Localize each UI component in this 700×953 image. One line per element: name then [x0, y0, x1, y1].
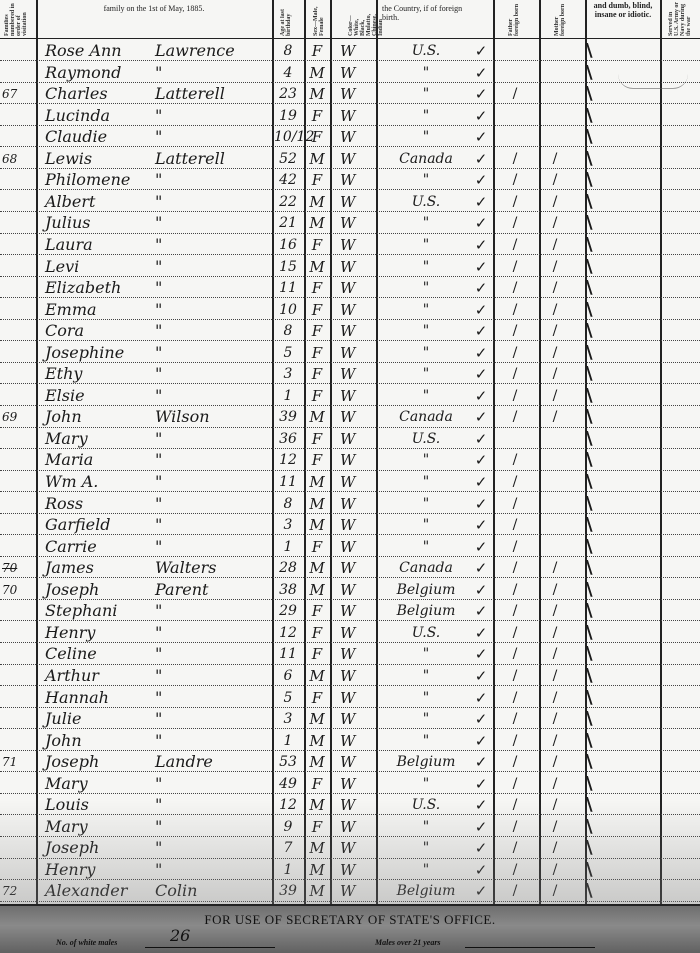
person-name: Louis": [45, 794, 270, 814]
surname: ": [155, 299, 162, 321]
given-name: Joseph: [45, 751, 155, 773]
sex: M: [304, 191, 330, 211]
given-name: Philomene: [45, 169, 155, 191]
family-number: [2, 837, 36, 857]
family-number: [2, 234, 36, 254]
check-mark: ✓: [472, 751, 490, 771]
disability-tick-icon: \: [586, 148, 616, 168]
person-name: Wm A.": [45, 471, 270, 491]
mother-foreign: /: [540, 643, 570, 663]
sex: M: [304, 665, 330, 685]
table-row: John"1MW"✓//\: [0, 730, 700, 751]
mother-foreign: [540, 471, 570, 491]
sex: F: [304, 536, 330, 556]
age: 39: [274, 406, 302, 426]
sex: M: [304, 579, 330, 599]
given-name: Elizabeth: [45, 277, 155, 299]
table-row: Mary"36FWU.S.✓\: [0, 428, 700, 449]
birthplace: ": [378, 730, 474, 750]
table-row: Ross"8MW"✓/\: [0, 493, 700, 514]
family-number: [2, 665, 36, 685]
table-row: Rose AnnLawrence8FWU.S.✓\: [0, 40, 700, 61]
person-name: Maria": [45, 449, 270, 469]
table-row: Garfield"3MW"✓/\: [0, 514, 700, 535]
disability-tick-icon: \: [586, 363, 616, 383]
age: 5: [274, 687, 302, 707]
given-name: Cora: [45, 320, 155, 342]
mother-foreign: [540, 493, 570, 513]
father-foreign: /: [500, 471, 530, 491]
father-foreign: /: [500, 342, 530, 362]
father-foreign: [500, 126, 530, 146]
family-number: [2, 342, 36, 362]
given-name: Rose Ann: [45, 40, 155, 62]
check-mark: ✓: [472, 62, 490, 82]
color: W: [334, 62, 380, 82]
mother-foreign: /: [540, 837, 570, 857]
given-name: Ethy: [45, 363, 155, 385]
sex: M: [304, 514, 330, 534]
table-row: Ethy"3FW"✓//\: [0, 363, 700, 384]
disability-tick-icon: \: [586, 299, 616, 319]
mother-foreign: /: [540, 579, 570, 599]
sex: M: [304, 148, 330, 168]
table-row: JosephLandre7153MWBelgium✓//\: [0, 751, 700, 772]
disability-tick-icon: \: [586, 730, 616, 750]
color: W: [334, 622, 380, 642]
disability-tick-icon: \: [586, 665, 616, 685]
surname: ": [155, 191, 162, 213]
birthplace: ": [378, 62, 474, 82]
mother-foreign: /: [540, 880, 570, 900]
birthplace: U.S.: [378, 428, 474, 448]
color: W: [334, 320, 380, 340]
age: 22: [274, 191, 302, 211]
check-mark: ✓: [472, 148, 490, 168]
check-mark: ✓: [472, 859, 490, 879]
person-name: JohnWilson: [45, 406, 270, 426]
age: 7: [274, 837, 302, 857]
color: W: [334, 536, 380, 556]
sex: F: [304, 320, 330, 340]
father-foreign: /: [500, 557, 530, 577]
father-foreign: /: [500, 299, 530, 319]
birthplace: ": [378, 514, 474, 534]
color: W: [334, 859, 380, 879]
family-number: [2, 600, 36, 620]
birthplace: ": [378, 449, 474, 469]
table-row: Levi"15MW"✓//\: [0, 256, 700, 277]
check-mark: ✓: [472, 579, 490, 599]
header-birthplace: the Country, if of foreign birth.: [382, 4, 474, 42]
mother-foreign: /: [540, 299, 570, 319]
birthplace: ": [378, 708, 474, 728]
color: W: [334, 449, 380, 469]
family-number: [2, 449, 36, 469]
white-males-value: 26: [170, 926, 190, 945]
person-name: Hannah": [45, 687, 270, 707]
surname: Latterell: [155, 148, 225, 170]
age: 21: [274, 212, 302, 232]
father-foreign: /: [500, 687, 530, 707]
age: 12: [274, 449, 302, 469]
check-mark: ✓: [472, 493, 490, 513]
surname: ": [155, 449, 162, 471]
table-row: Wm A."11MW"✓/\: [0, 471, 700, 492]
father-foreign: /: [500, 773, 530, 793]
mother-foreign: /: [540, 773, 570, 793]
surname: ": [155, 794, 162, 816]
check-mark: ✓: [472, 514, 490, 534]
disability-tick-icon: \: [586, 687, 616, 707]
surname: ": [155, 708, 162, 730]
birthplace: ": [378, 665, 474, 685]
table-row: Maria"12FW"✓/\: [0, 449, 700, 470]
age: 38: [274, 579, 302, 599]
person-name: Josephine": [45, 342, 270, 362]
birthplace: Belgium: [378, 600, 474, 620]
surname: ": [155, 730, 162, 752]
person-name: Carrie": [45, 536, 270, 556]
person-name: Joseph": [45, 837, 270, 857]
table-row: Louis"12MWU.S.✓//\: [0, 794, 700, 815]
disability-tick-icon: \: [586, 751, 616, 771]
father-foreign: /: [500, 880, 530, 900]
father-foreign: /: [500, 256, 530, 276]
family-number: [2, 514, 36, 534]
father-foreign: /: [500, 148, 530, 168]
sex: M: [304, 493, 330, 513]
sex: M: [304, 212, 330, 232]
table-row: Laura"16FW"✓//\: [0, 234, 700, 255]
color: W: [334, 406, 380, 426]
birthplace: ": [378, 83, 474, 103]
sex: F: [304, 600, 330, 620]
family-number: [2, 105, 36, 125]
person-name: JamesWalters: [45, 557, 270, 577]
given-name: James: [45, 557, 155, 579]
disability-tick-icon: \: [586, 622, 616, 642]
disability-tick-icon: \: [586, 536, 616, 556]
table-row: Celine"11FW"✓//\: [0, 643, 700, 664]
given-name: Levi: [45, 256, 155, 278]
given-name: Lewis: [45, 148, 155, 170]
birthplace: U.S.: [378, 622, 474, 642]
given-name: John: [45, 730, 155, 752]
given-name: Wm A.: [45, 471, 155, 493]
color: W: [334, 880, 380, 900]
age: 11: [274, 471, 302, 491]
family-number: [2, 471, 36, 491]
check-mark: ✓: [472, 277, 490, 297]
mother-foreign: [540, 536, 570, 556]
sex: M: [304, 880, 330, 900]
table-row: Arthur"6MW"✓//\: [0, 665, 700, 686]
color: W: [334, 126, 380, 146]
header-sex: Sex—Male, Female: [313, 2, 325, 36]
birthplace: ": [378, 169, 474, 189]
mother-foreign: /: [540, 859, 570, 879]
sex: F: [304, 773, 330, 793]
header-age: Age at last birthday: [280, 2, 292, 36]
table-row: Mary"9FW"✓//\: [0, 816, 700, 837]
surname: ": [155, 773, 162, 795]
age: 29: [274, 600, 302, 620]
surname: ": [155, 62, 162, 84]
mother-foreign: /: [540, 406, 570, 426]
disability-tick-icon: \: [586, 320, 616, 340]
given-name: Joseph: [45, 837, 155, 859]
header-mother-foreign: Mother foreign born: [554, 2, 566, 36]
surname: Walters: [155, 557, 216, 579]
color: W: [334, 557, 380, 577]
sex: F: [304, 277, 330, 297]
father-foreign: /: [500, 406, 530, 426]
person-name: Julius": [45, 212, 270, 232]
family-number: [2, 40, 36, 60]
father-foreign: /: [500, 536, 530, 556]
birthplace: ": [378, 342, 474, 362]
disability-tick-icon: \: [586, 191, 616, 211]
family-number: [2, 62, 36, 82]
disability-tick-icon: \: [586, 62, 616, 82]
birthplace: ": [378, 493, 474, 513]
check-mark: ✓: [472, 600, 490, 620]
disability-tick-icon: \: [586, 169, 616, 189]
surname: Lawrence: [155, 40, 235, 62]
person-name: Claudie": [45, 126, 270, 146]
birthplace: ": [378, 816, 474, 836]
check-mark: ✓: [472, 320, 490, 340]
check-mark: ✓: [472, 363, 490, 383]
birthplace: ": [378, 234, 474, 254]
table-row: Mary"49FW"✓//\: [0, 773, 700, 794]
father-foreign: /: [500, 751, 530, 771]
father-foreign: /: [500, 514, 530, 534]
age: 6: [274, 665, 302, 685]
birthplace: ": [378, 837, 474, 857]
given-name: Henry: [45, 859, 155, 881]
color: W: [334, 471, 380, 491]
color: W: [334, 773, 380, 793]
surname: ": [155, 622, 162, 644]
birthplace: U.S.: [378, 191, 474, 211]
check-mark: ✓: [472, 471, 490, 491]
table-row: JamesWalters7028MWCanada✓//\: [0, 557, 700, 578]
person-name: Arthur": [45, 665, 270, 685]
age: 39: [274, 880, 302, 900]
person-name: Ross": [45, 493, 270, 513]
color: W: [334, 342, 380, 362]
disability-tick-icon: \: [586, 643, 616, 663]
mother-foreign: /: [540, 320, 570, 340]
mother-foreign: /: [540, 600, 570, 620]
disability-tick-icon: \: [586, 212, 616, 232]
mother-foreign: /: [540, 148, 570, 168]
table-row: Elizabeth"11FW"✓//\: [0, 277, 700, 298]
birthplace: ": [378, 126, 474, 146]
office-use-footer: FOR USE OF SECRETARY OF STATE'S OFFICE. …: [0, 904, 700, 953]
mother-foreign: /: [540, 363, 570, 383]
color: W: [334, 579, 380, 599]
disability-tick-icon: \: [586, 83, 616, 103]
table-row: Julius"21MW"✓//\: [0, 212, 700, 233]
age: 53: [274, 751, 302, 771]
males-over-21-label: Males over 21 years: [375, 938, 441, 947]
person-name: Mary": [45, 428, 270, 448]
birthplace: ": [378, 687, 474, 707]
given-name: Hannah: [45, 687, 155, 709]
given-name: Albert: [45, 191, 155, 213]
disability-tick-icon: \: [586, 708, 616, 728]
check-mark: ✓: [472, 730, 490, 750]
disability-tick-icon: \: [586, 342, 616, 362]
mother-foreign: /: [540, 212, 570, 232]
color: W: [334, 148, 380, 168]
disability-tick-icon: \: [586, 579, 616, 599]
table-row: Claudie"10/12FW"✓\: [0, 126, 700, 147]
check-mark: ✓: [472, 665, 490, 685]
given-name: Louis: [45, 794, 155, 816]
check-mark: ✓: [472, 83, 490, 103]
birthplace: ": [378, 643, 474, 663]
sex: F: [304, 816, 330, 836]
color: W: [334, 363, 380, 383]
color: W: [334, 665, 380, 685]
pencil-doodle: [618, 74, 688, 89]
disability-tick-icon: \: [586, 880, 616, 900]
check-mark: ✓: [472, 385, 490, 405]
mother-foreign: /: [540, 708, 570, 728]
surname: ": [155, 600, 162, 622]
father-foreign: /: [500, 493, 530, 513]
sex: M: [304, 730, 330, 750]
given-name: Henry: [45, 622, 155, 644]
color: W: [334, 751, 380, 771]
given-name: Mary: [45, 773, 155, 795]
birthplace: ": [378, 536, 474, 556]
sex: M: [304, 471, 330, 491]
family-number: [2, 212, 36, 232]
father-foreign: /: [500, 708, 530, 728]
sex: F: [304, 169, 330, 189]
given-name: Laura: [45, 234, 155, 256]
family-number: [2, 643, 36, 663]
birthplace: ": [378, 256, 474, 276]
father-foreign: /: [500, 83, 530, 103]
surname: ": [155, 320, 162, 342]
father-foreign: /: [500, 622, 530, 642]
person-name: JosephLandre: [45, 751, 270, 771]
check-mark: ✓: [472, 428, 490, 448]
check-mark: ✓: [472, 126, 490, 146]
father-foreign: /: [500, 730, 530, 750]
father-foreign: [500, 62, 530, 82]
table-row: Emma"10FW"✓//\: [0, 299, 700, 320]
check-mark: ✓: [472, 773, 490, 793]
family-number: [2, 687, 36, 707]
father-foreign: /: [500, 579, 530, 599]
person-name: Elizabeth": [45, 277, 270, 297]
father-foreign: /: [500, 191, 530, 211]
mother-foreign: /: [540, 277, 570, 297]
person-name: JosephParent: [45, 579, 270, 599]
given-name: Julius: [45, 212, 155, 234]
footer-title: FOR USE OF SECRETARY OF STATE'S OFFICE.: [0, 912, 700, 928]
given-name: Mary: [45, 428, 155, 450]
surname: ": [155, 212, 162, 234]
mother-foreign: /: [540, 687, 570, 707]
person-name: Elsie": [45, 385, 270, 405]
surname: ": [155, 277, 162, 299]
table-row: Hannah"5FW"✓//\: [0, 687, 700, 708]
given-name: Julie: [45, 708, 155, 730]
birthplace: ": [378, 320, 474, 340]
birthplace: U.S.: [378, 40, 474, 60]
check-mark: ✓: [472, 449, 490, 469]
sex: F: [304, 299, 330, 319]
sex: M: [304, 708, 330, 728]
check-mark: ✓: [472, 105, 490, 125]
person-name: Laura": [45, 234, 270, 254]
sex: M: [304, 794, 330, 814]
father-foreign: /: [500, 363, 530, 383]
sex: M: [304, 62, 330, 82]
age: 8: [274, 320, 302, 340]
given-name: Maria: [45, 449, 155, 471]
mother-foreign: /: [540, 191, 570, 211]
disability-tick-icon: \: [586, 105, 616, 125]
family-number: [2, 622, 36, 642]
sex: M: [304, 859, 330, 879]
disability-tick-icon: \: [586, 385, 616, 405]
table-row: Raymond"4MW"✓\: [0, 62, 700, 83]
table-row: Julie"3MW"✓//\: [0, 708, 700, 729]
father-foreign: [500, 105, 530, 125]
birthplace: ": [378, 105, 474, 125]
age: 12: [274, 794, 302, 814]
surname: ": [155, 665, 162, 687]
given-name: Joseph: [45, 579, 155, 601]
mother-foreign: [540, 105, 570, 125]
disability-tick-icon: \: [586, 277, 616, 297]
age: 3: [274, 514, 302, 534]
check-mark: ✓: [472, 299, 490, 319]
person-name: Henry": [45, 859, 270, 879]
table-row: Albert"22MWU.S.✓//\: [0, 191, 700, 212]
surname: ": [155, 385, 162, 407]
mother-foreign: /: [540, 385, 570, 405]
mother-foreign: /: [540, 751, 570, 771]
disability-tick-icon: \: [586, 126, 616, 146]
color: W: [334, 428, 380, 448]
disability-tick-icon: \: [586, 406, 616, 426]
check-mark: ✓: [472, 191, 490, 211]
table-row: Carrie"1FW"✓/\: [0, 536, 700, 557]
person-name: Stephani": [45, 600, 270, 620]
disability-tick-icon: \: [586, 40, 616, 60]
given-name: Arthur: [45, 665, 155, 687]
check-mark: ✓: [472, 643, 490, 663]
father-foreign: /: [500, 643, 530, 663]
color: W: [334, 212, 380, 232]
sex: M: [304, 83, 330, 103]
person-name: Raymond": [45, 62, 270, 82]
table-row: CharlesLatterell6723MW"✓/\: [0, 83, 700, 104]
disability-tick-icon: \: [586, 837, 616, 857]
family-number: 68: [2, 148, 36, 168]
check-mark: ✓: [472, 212, 490, 232]
